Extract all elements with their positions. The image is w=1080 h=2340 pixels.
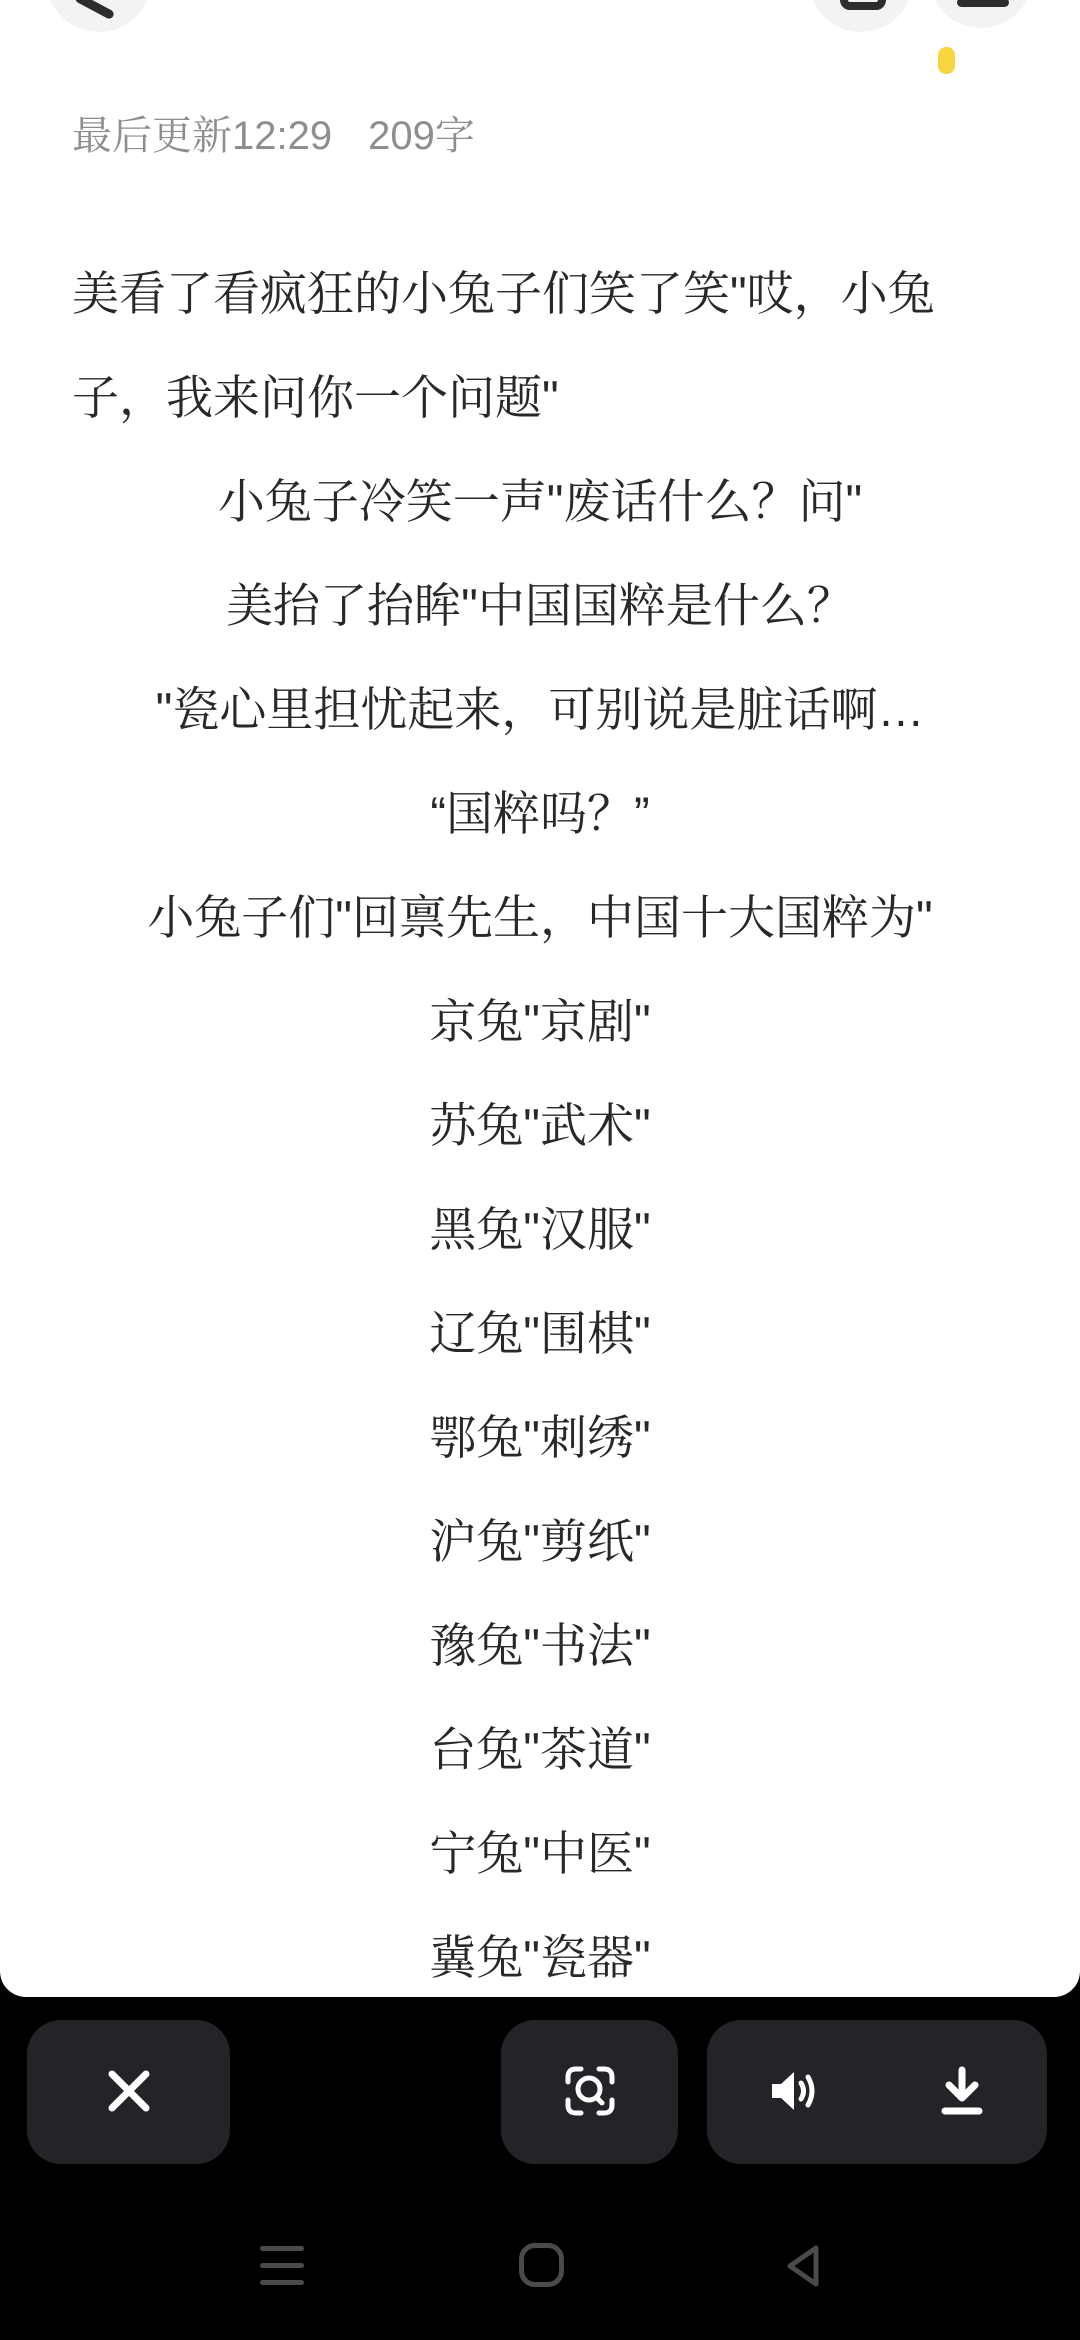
nav-recent-apps-button[interactable] — [260, 2246, 304, 2286]
text-line: 苏兔"武术" — [72, 1074, 1008, 1178]
text-line: 台兔"茶道" — [72, 1698, 1008, 1802]
download-icon — [934, 2063, 990, 2122]
document-text: 美看了看疯狂的小兔子们笑了笑"哎，小兔子，我来问你一个问题"小兔子冷笑一声"废话… — [72, 242, 1008, 1997]
image-search-button[interactable] — [501, 2020, 678, 2164]
screen: { "meta": { "last_updated": "最后更新12:29",… — [0, 0, 1080, 2340]
meta-row: 最后更新12:29209字 — [72, 112, 475, 160]
text-line: 小兔子们"回禀先生，中国十大国粹为" — [72, 866, 1008, 970]
text-line: 冀兔"瓷器" — [72, 1906, 1008, 1997]
nav-back-button[interactable] — [778, 2242, 828, 2290]
text-line: 小兔子冷笑一声"废话什么？问" — [72, 450, 1008, 554]
text-line: 辽兔"围棋" — [72, 1282, 1008, 1386]
last-updated-label: 最后更新12:29 — [72, 114, 332, 158]
export-frame-icon — [840, 0, 886, 10]
back-triangle-icon — [778, 2278, 828, 2293]
text-line: 京兔"京剧" — [72, 970, 1008, 1074]
speaker-icon — [763, 2062, 821, 2123]
word-count-label: 209字 — [368, 114, 475, 158]
text-line: 黑兔"汉服" — [72, 1178, 1008, 1282]
nav-home-button[interactable] — [519, 2243, 564, 2287]
media-button-group — [707, 2020, 1047, 2164]
text-cursor-handle[interactable] — [938, 47, 955, 74]
close-icon — [103, 2065, 155, 2120]
text-line: 子，我来问你一个问题" — [72, 346, 1008, 450]
download-button[interactable] — [892, 2020, 1032, 2164]
text-line: 沪兔"剪纸" — [72, 1490, 1008, 1594]
speaker-button[interactable] — [722, 2020, 862, 2164]
text-line: 鄂兔"刺绣" — [72, 1386, 1008, 1490]
document-page: 最后更新12:29209字 美看了看疯狂的小兔子们笑了笑"哎，小兔子，我来问你一… — [0, 0, 1080, 1997]
menu-dash-icon — [957, 0, 1009, 7]
close-button[interactable] — [27, 2020, 230, 2164]
text-line: 美抬了抬眸"中国国粹是什么？ — [72, 554, 1008, 658]
text-line: "瓷心里担忧起来，可别说是脏话啊… — [72, 658, 1008, 762]
text-line: 宁兔"中医" — [72, 1802, 1008, 1906]
text-line: “国粹吗？” — [72, 762, 1008, 866]
text-line: 美看了看疯狂的小兔子们笑了笑"哎，小兔 — [72, 242, 1008, 346]
image-search-lens-icon — [560, 2061, 620, 2124]
text-line: 豫兔"书法" — [72, 1594, 1008, 1698]
